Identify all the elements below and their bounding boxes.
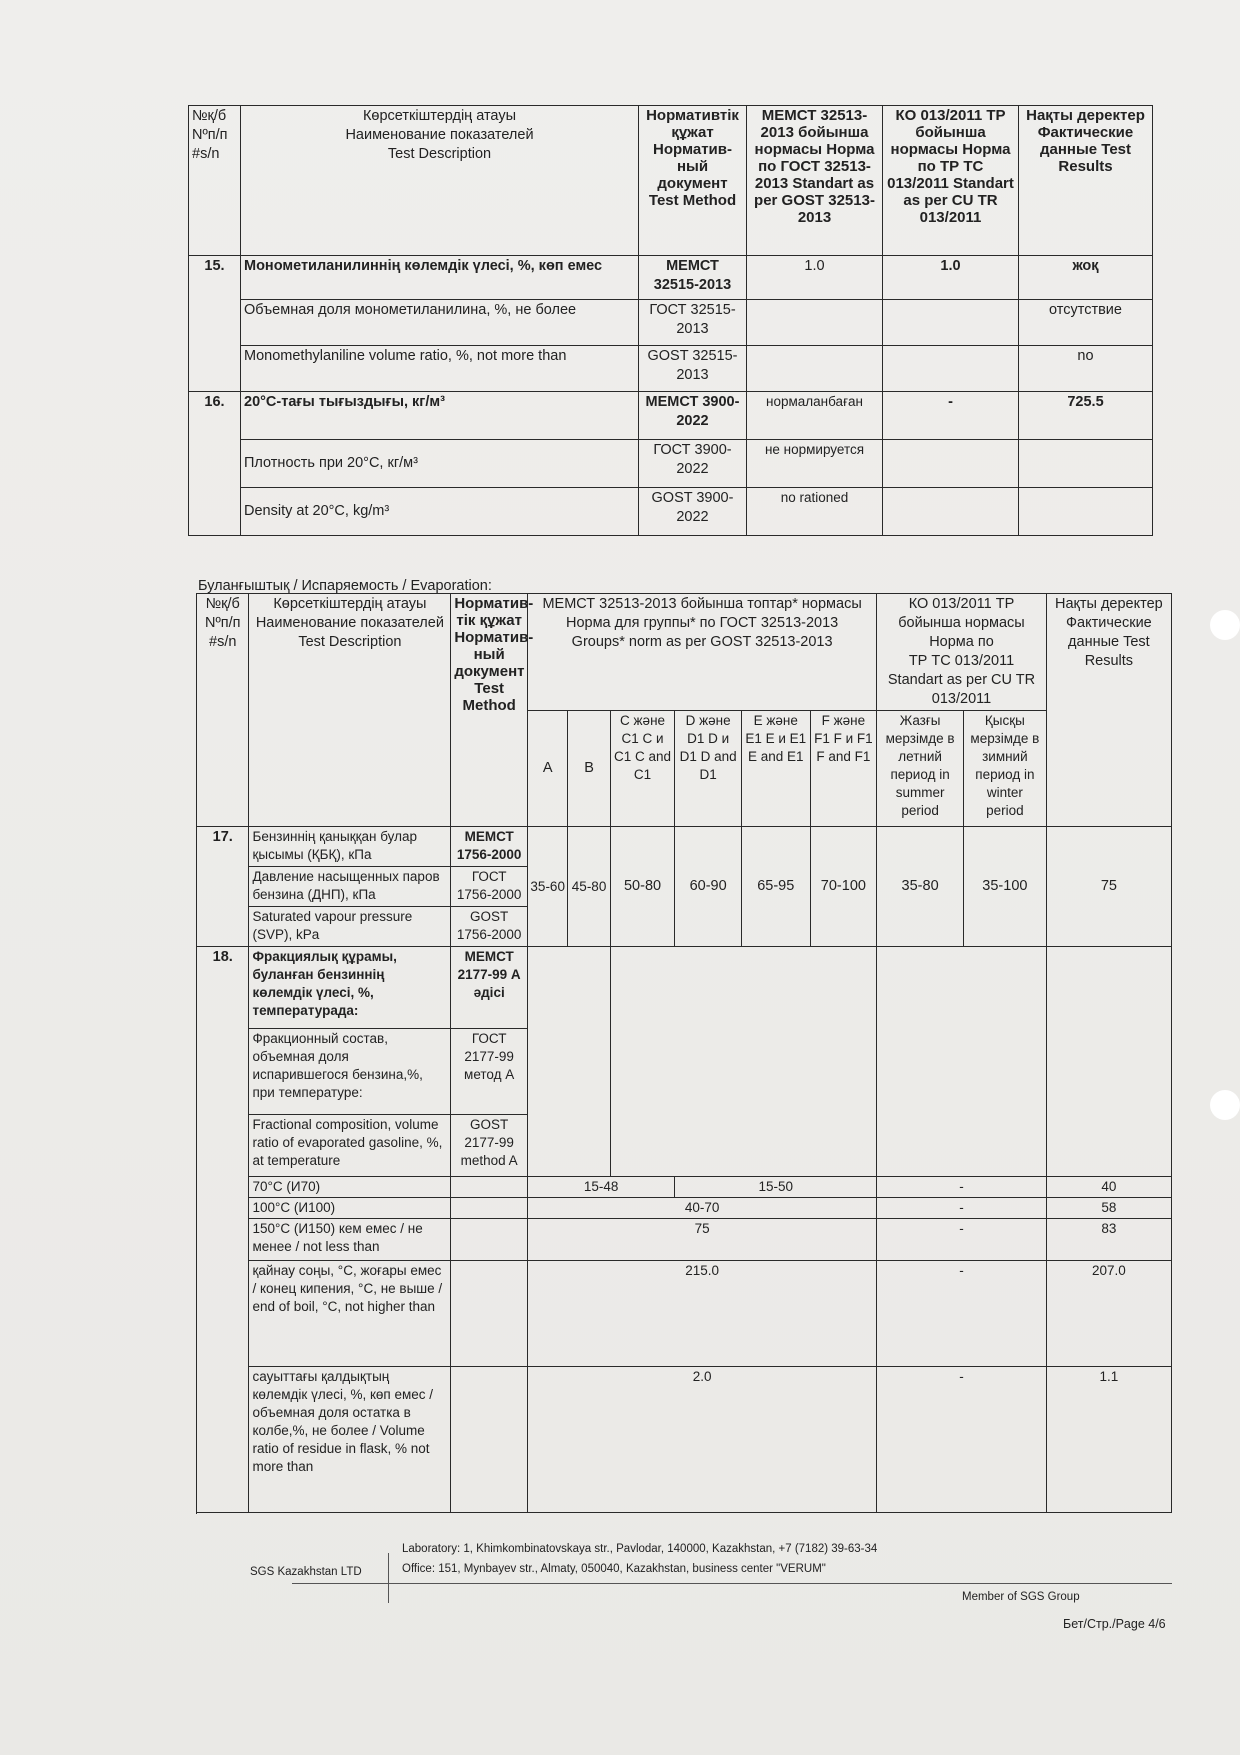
norm-group-e: 65-95 (741, 827, 810, 947)
row-result: жоқ (1019, 256, 1153, 300)
footer-company: SGS Kazakhstan LTD (250, 1566, 362, 1578)
subrow-desc: 70°C (И70) (249, 1177, 451, 1198)
group-header-d: D және D1 D и D1 D and D1 (675, 711, 742, 827)
norm-winter: 35-100 (964, 827, 1047, 947)
row-tr-norm (883, 300, 1019, 346)
row-number: 18. (197, 947, 249, 1513)
punch-hole (1210, 1090, 1240, 1120)
group-header-a: A (528, 711, 568, 827)
table-subrow: 150°C (И150) кем емес / не менее / not l… (197, 1219, 1172, 1261)
row-method: GOST 3900-2022 (639, 488, 747, 536)
row-desc-en: Saturated vapour pressure (SVP), kPa (249, 907, 451, 947)
page-number: Бет/Стр./Page 4/6 (1063, 1617, 1166, 1631)
row-tr-norm: - (883, 392, 1019, 440)
row-desc-ru: Фракционный состав, объемная доля испари… (249, 1029, 451, 1115)
col-header-method: Норматив-тік құжат Норматив-ный документ… (451, 594, 528, 827)
row-method: ГОСТ 32515-2013 (639, 300, 747, 346)
subrow-desc: 150°C (И150) кем емес / не менее / not l… (249, 1219, 451, 1261)
empty-cell (877, 947, 1047, 1177)
row-result: 725.5 (1019, 392, 1153, 440)
row-desc-kz: Фракциялық құрамы, буланған бензиннің кө… (249, 947, 451, 1029)
col-header-tr-norm: КО 013/2011 ТР бойынша нормасы Норма по … (883, 106, 1019, 256)
norm-tr: - (877, 1367, 1047, 1513)
table-row: 16. 20°C-тағы тығыздығы, кг/м³ МЕМСТ 390… (189, 392, 1153, 440)
col-header-desc: Көрсеткіштердің атауы Наименование показ… (249, 594, 451, 827)
row-tr-norm (883, 440, 1019, 488)
table-subrow: 70°C (И70) 15-48 15-50 - 40 (197, 1177, 1172, 1198)
row-method: МЕМСТ 32515-2013 (639, 256, 747, 300)
row-result (1019, 440, 1153, 488)
row-desc-ru: Давление насыщенных паров бензина (ДНП),… (249, 867, 451, 907)
group-header-c: C және C1 C и C1 C and C1 (610, 711, 675, 827)
norm-all-groups: 75 (528, 1219, 877, 1261)
row-tr-norm (883, 346, 1019, 392)
season-header-summer: Жазғы мерзімде в летний период in summer… (877, 711, 964, 827)
row-method: ГОСТ 1756-2000 (451, 867, 528, 907)
results-table-2: №қ/б Nºп/п #s/n Көрсеткіштердің атауы На… (196, 593, 1172, 1513)
row-gost-norm (747, 300, 883, 346)
row-gost-norm (747, 346, 883, 392)
row-result: 58 (1046, 1198, 1171, 1219)
row-result: 207.0 (1046, 1261, 1171, 1367)
punch-hole (1210, 610, 1240, 640)
col-header-method: Нормативтік құжат Норматив-ный документ … (639, 106, 747, 256)
table-row: 15. Монометиланилиннің көлемдік үлесі, %… (189, 256, 1153, 300)
table-subrow: сауыттағы қалдықтың көлемдік үлесі, %, к… (197, 1367, 1172, 1513)
row-method: GOST 1756-2000 (451, 907, 528, 947)
row-desc-ru: Объемная доля монометиланилина, %, не бо… (241, 300, 639, 346)
subrow-desc: 100°C (И100) (249, 1198, 451, 1219)
norm-cf: 15-50 (675, 1177, 877, 1198)
col-header-groups: МЕМСТ 32513-2013 бойынша топтар* нормасы… (528, 594, 877, 711)
row-desc-en: Monomethylaniline volume ratio, %, not m… (241, 346, 639, 392)
table-row: Объемная доля монометиланилина, %, не бо… (189, 300, 1153, 346)
empty-cell (1046, 947, 1171, 1177)
row-desc-ru: Плотность при 20°C, кг/м³ (241, 440, 639, 488)
row-desc-kz: 20°C-тағы тығыздығы, кг/м³ (241, 392, 639, 440)
row-result: отсутствие (1019, 300, 1153, 346)
norm-tr: - (877, 1177, 1047, 1198)
row-number: 15. (189, 256, 241, 392)
row-gost-norm: нормаланбаған (747, 392, 883, 440)
row-result: 40 (1046, 1177, 1171, 1198)
row-desc-kz: Бензиннің қаныққан булар қысымы (ҚБҚ), к… (249, 827, 451, 867)
row-method: МЕМСТ 2177-99 А әдісі (451, 947, 528, 1029)
group-header-f: F және F1 F и F1 F and F1 (810, 711, 877, 827)
footer-rule (292, 1583, 1172, 1584)
norm-all-groups: 40-70 (528, 1198, 877, 1219)
row-desc-en: Density at 20°C, kg/m³ (241, 488, 639, 536)
norm-group-d: 60-90 (675, 827, 742, 947)
col-header-num: №қ/б Nºп/п #s/n (197, 594, 249, 827)
row-desc-en: Fractional composition, volume ratio of … (249, 1115, 451, 1177)
norm-tr: - (877, 1198, 1047, 1219)
row-tr-norm: 1.0 (883, 256, 1019, 300)
norm-summer: 35-80 (877, 827, 964, 947)
norm-tr: - (877, 1219, 1047, 1261)
table-row: Monomethylaniline volume ratio, %, not m… (189, 346, 1153, 392)
row-method: МЕМСТ 3900-2022 (639, 392, 747, 440)
row-gost-norm: не нормируется (747, 440, 883, 488)
norm-all-groups: 215.0 (528, 1261, 877, 1367)
row-method: ГОСТ 3900-2022 (639, 440, 747, 488)
norm-group-c: 50-80 (610, 827, 675, 947)
row-method: ГОСТ 2177-99 метод А (451, 1029, 528, 1115)
row-result: 83 (1046, 1219, 1171, 1261)
subrow-desc: сауыттағы қалдықтың көлемдік үлесі, %, к… (249, 1367, 451, 1513)
table-header-row: №қ/б Nºп/п #s/n Көрсеткіштердің атауы На… (189, 106, 1153, 256)
col-header-num: №қ/б Nºп/п #s/n (189, 106, 241, 256)
row-number: 16. (189, 392, 241, 536)
norm-group-f: 70-100 (810, 827, 877, 947)
footer-member: Member of SGS Group (962, 1591, 1080, 1603)
empty-cell (451, 1261, 528, 1367)
col-header-gost-norm: МЕМСТ 32513-2013 бойынша нормасы Норма п… (747, 106, 883, 256)
empty-cell (610, 947, 876, 1177)
norm-all-groups: 2.0 (528, 1367, 877, 1513)
row-gost-norm: 1.0 (747, 256, 883, 300)
subrow-desc: қайнау соңы, °C, жоғары емес / конец кип… (249, 1261, 451, 1367)
section-label-evaporation: Буланғыштық / Испаряемость / Evaporation… (198, 578, 492, 594)
footer-laboratory: Laboratory: 1, Khimkombinatovskaya str.,… (402, 1543, 877, 1555)
row-result: no (1019, 346, 1153, 392)
row-tr-norm (883, 488, 1019, 536)
document-page: №қ/б Nºп/п #s/n Көрсеткіштердің атауы На… (0, 0, 1240, 1755)
col-header-results: Нақты деректер Фактические данные Test R… (1046, 594, 1171, 827)
table-row: 18. Фракциялық құрамы, буланған бензинні… (197, 947, 1172, 1029)
footer-office: Office: 151, Mynbayev str., Almaty, 0500… (402, 1563, 826, 1575)
table-row: Density at 20°C, kg/m³ GOST 3900-2022 no… (189, 488, 1153, 536)
col-header-results: Нақты деректер Фактические данные Test R… (1019, 106, 1153, 256)
row-number: 17. (197, 827, 249, 947)
norm-group-b: 45-80 (568, 827, 610, 947)
col-header-tr: КО 013/2011 ТР бойынша нормасы Норма по … (877, 594, 1047, 711)
empty-cell (451, 1367, 528, 1513)
empty-cell (451, 1198, 528, 1219)
empty-cell (528, 947, 611, 1177)
norm-group-a: 35-60 (528, 827, 568, 947)
footer-divider (388, 1553, 389, 1603)
row-method: GOST 2177-99 method A (451, 1115, 528, 1177)
row-result: 1.1 (1046, 1367, 1171, 1513)
norm-ab: 15-48 (528, 1177, 675, 1198)
group-header-b: B (568, 711, 610, 827)
group-header-e: E және E1 E и E1 E and E1 (741, 711, 810, 827)
results-table-1: №қ/б Nºп/п #s/n Көрсеткіштердің атауы На… (188, 105, 1153, 536)
row-method: МЕМСТ 1756-2000 (451, 827, 528, 867)
empty-cell (451, 1177, 528, 1198)
table-subrow: 100°C (И100) 40-70 - 58 (197, 1198, 1172, 1219)
col-header-desc: Көрсеткіштердің атауы Наименование показ… (241, 106, 639, 256)
table-row: Плотность при 20°C, кг/м³ ГОСТ 3900-2022… (189, 440, 1153, 488)
row-gost-norm: no rationed (747, 488, 883, 536)
table-header-row: №қ/б Nºп/п #s/n Көрсеткіштердің атауы На… (197, 594, 1172, 711)
table-subrow: қайнау соңы, °C, жоғары емес / конец кип… (197, 1261, 1172, 1367)
empty-cell (451, 1219, 528, 1261)
season-header-winter: Қысқы мерзімде в зимний период in winter… (964, 711, 1047, 827)
row-result: 75 (1046, 827, 1171, 947)
row-result (1019, 488, 1153, 536)
row-method: GOST 32515-2013 (639, 346, 747, 392)
norm-tr: - (877, 1261, 1047, 1367)
table-row: 17. Бензиннің қаныққан булар қысымы (ҚБҚ… (197, 827, 1172, 867)
row-desc-kz: Монометиланилиннің көлемдік үлесі, %, кө… (241, 256, 639, 300)
